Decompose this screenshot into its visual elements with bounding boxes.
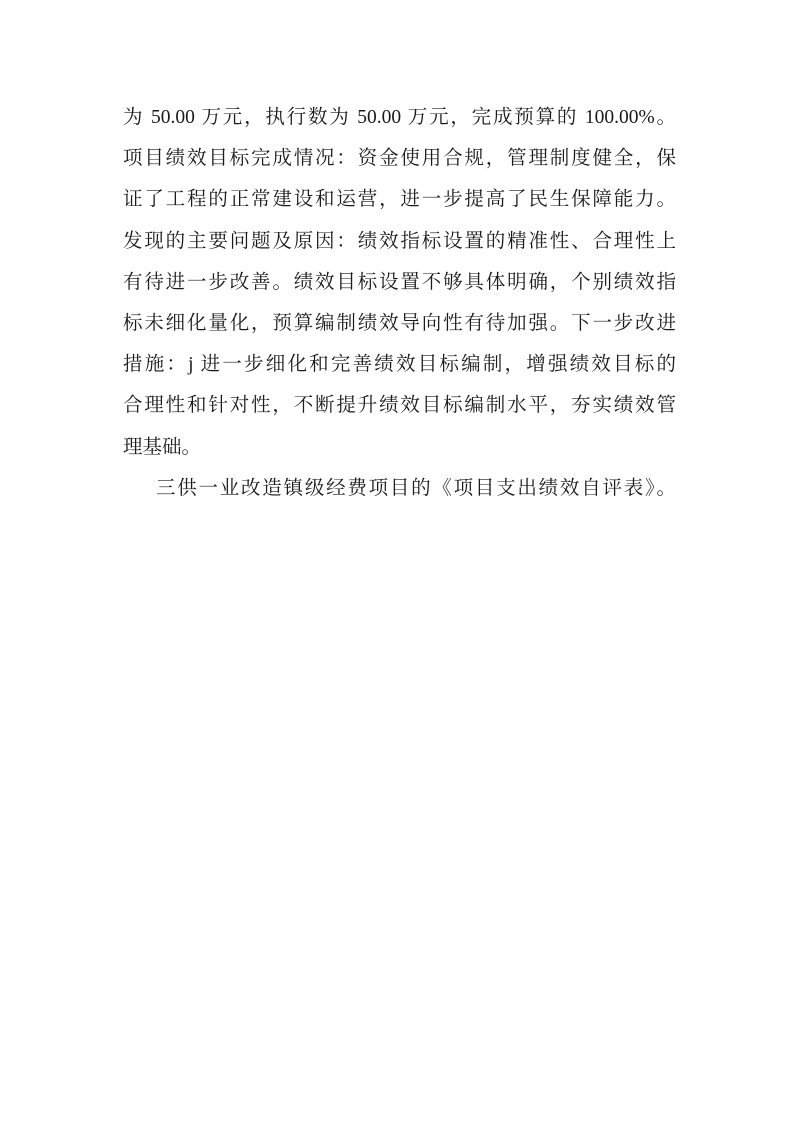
- text-line: 证了工程的正常建设和运营，进一步提高了民生保障能力。: [123, 179, 676, 220]
- text-line: 有待进一步改善。绩效目标设置不够具体明确，个别绩效指: [123, 262, 676, 303]
- text-line: 标未细化量化，预算编制绩效导向性有待加强。下一步改进: [123, 303, 676, 344]
- text-line: 理基础。: [123, 427, 676, 468]
- document-text-block: 为 50.00 万元，执行数为 50.00 万元，完成预算的 100.00%。项…: [123, 97, 676, 509]
- text-line: 发现的主要问题及原因：绩效指标设置的精准性、合理性上: [123, 221, 676, 262]
- document-page: 为 50.00 万元，执行数为 50.00 万元，完成预算的 100.00%。项…: [0, 0, 793, 1122]
- paragraph-attachment-note: 三供一业改造镇级经费项目的《项目支出绩效自评表》。: [123, 468, 676, 509]
- text-line: 为 50.00 万元，执行数为 50.00 万元，完成预算的 100.00%。: [123, 97, 676, 138]
- text-line: 措施：j 进一步细化和完善绩效目标编制，增强绩效目标的: [123, 344, 676, 385]
- text-line: 三供一业改造镇级经费项目的《项目支出绩效自评表》。: [123, 468, 676, 509]
- text-line: 合理性和针对性，不断提升绩效目标编制水平，夯实绩效管: [123, 385, 676, 426]
- text-line: 项目绩效目标完成情况：资金使用合规，管理制度健全，保: [123, 138, 676, 179]
- paragraph-performance-evaluation: 为 50.00 万元，执行数为 50.00 万元，完成预算的 100.00%。项…: [123, 97, 676, 468]
